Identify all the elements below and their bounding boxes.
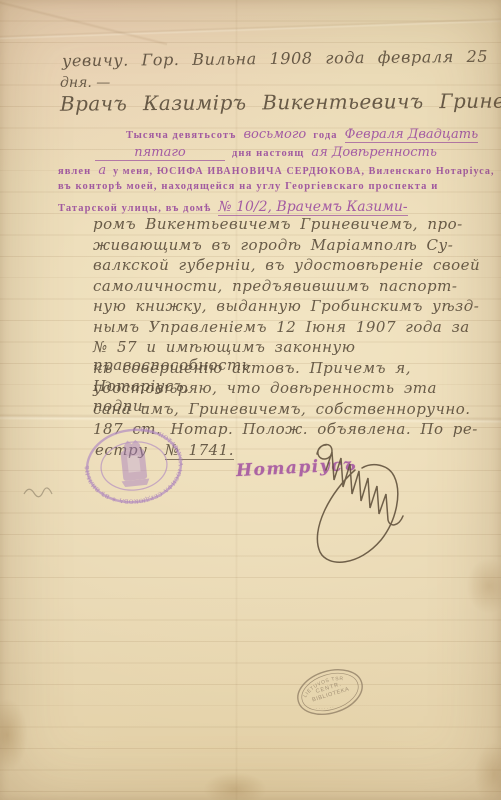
form-stamp-goda: года — [313, 130, 337, 141]
form-stamp-dnya: дня настоящ — [232, 148, 304, 159]
crease-top-left — [0, 0, 168, 46]
header-line-day: дня. — — [60, 75, 110, 91]
library-stamp: LIETUVOS TSR CENTR. BIBLIOTEKA · · · · ·… — [287, 657, 372, 726]
form-handwritten-month: Февраля Двадцать — [345, 127, 479, 143]
header-line-date: уевичу. Гор. Вильна 1908 года февраля 25 — [62, 47, 488, 70]
body-line: нымъ Управленіемъ 12 Іюня 1907 года за — [93, 318, 470, 336]
header-line-name: Врачъ Казимiръ Викентьевичъ Гриневичъ — [60, 88, 501, 115]
form-handwritten-house-client: № 10/2, Врачемъ Казими- — [218, 199, 407, 216]
body-line: живающимъ въ городѣ Маріамполѣ Су- — [93, 236, 453, 254]
form-line-4: въ конторѣ моей, находящейся на углу Гео… — [58, 181, 438, 192]
seal-emblem-icon — [117, 439, 150, 488]
signature-oval-loop — [317, 465, 397, 562]
body-line: сана имъ, Гриневичемъ, собственноручно. — [93, 400, 471, 418]
library-stamp-arc-bottom: · · · · · · · — [314, 701, 334, 715]
stain-bottom-center — [203, 772, 267, 800]
form-line-2: пятаго дня настоящ ая Довѣренность — [95, 145, 437, 161]
form-line-5: Татарской улицы, въ домѣ № 10/2, Врачемъ… — [58, 199, 408, 216]
stain-right-lower — [474, 742, 501, 800]
form-handwritten-year: восьмого — [243, 127, 306, 142]
stain-right-upper — [466, 558, 501, 614]
form-stamp-year-prefix: Тысяча девятьсотъ — [126, 130, 236, 141]
body-line: ромъ Викентьевичемъ Гриневичемъ, про- — [93, 215, 463, 233]
notary-seal: ✳ ВИЛ. НОТАРІУСА ІОСИФА СЕРДЮКОВА ✳ ВЪ В… — [72, 415, 197, 517]
body-line: ную книжку, выданную Гробинскимъ уѣзд- — [93, 297, 479, 315]
form-handwritten-a: а — [98, 163, 106, 178]
body-line: валкской губерніи, въ удостовѣреніе свое… — [93, 256, 480, 274]
body-line: самоличности, предъявившимъ паспорт- — [93, 277, 457, 295]
notary-signature — [293, 432, 448, 577]
document-page: уевичу. Гор. Вильна 1908 года февраля 25… — [0, 0, 501, 800]
form-handwritten-day: пятаго — [95, 145, 225, 161]
form-line-1: Тысяча девятьсотъ восьмого года Февраля … — [126, 127, 478, 143]
form-stamp-notary-name: у меня, ЮСИФА ИВАНОВИЧА СЕРДЮКОВА, Вилен… — [113, 166, 495, 177]
crease-top — [0, 17, 501, 41]
pencil-mark — [22, 482, 56, 500]
form-stamp-yavlen: явлен — [58, 166, 91, 177]
form-stamp-street: Татарской улицы, въ домѣ — [58, 203, 211, 214]
form-line-3: явлен а у меня, ЮСИФА ИВАНОВИЧА СЕРДЮКОВ… — [58, 163, 495, 178]
form-stamp-office-address: въ конторѣ моей, находящейся на углу Гео… — [58, 181, 438, 192]
svg-text:· · · · · · ·: · · · · · · · — [314, 701, 334, 715]
stain-left-edge — [0, 698, 28, 772]
form-handwritten-document: ая Довѣренность — [311, 145, 437, 160]
